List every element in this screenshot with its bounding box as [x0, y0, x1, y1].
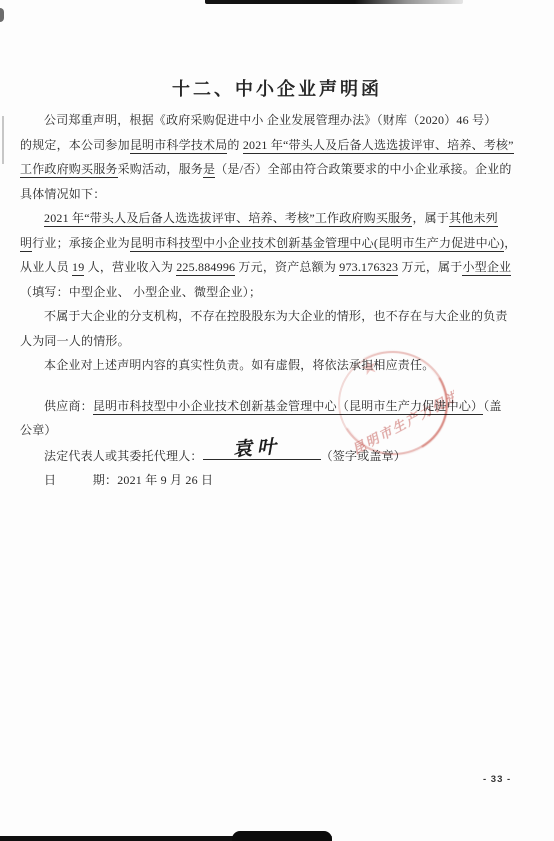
- text-segment: 本企业对上述声明内容的真实性负责。如有虚假，将依法承担相应责任。: [44, 358, 434, 372]
- text-line: 不属于大企业的分支机构，不存在控股股东为大企业的情形，也不存在与大企业的负责: [20, 304, 534, 329]
- text-segment: 具体情况如下：: [20, 187, 105, 201]
- scan-artifact-left-mark: [0, 8, 4, 22]
- text-line: 日 期：2021 年 9 月 26 日: [20, 468, 534, 493]
- text-line: （填写：中型企业、 小型企业、微型企业）；: [20, 280, 534, 305]
- text-line: 人为同一人的情形。: [20, 329, 534, 354]
- text-line: 从业人员 19 人，营业收入为 225.884996 万元，资产总额为 973.…: [20, 255, 534, 280]
- text-line: 具体情况如下：: [20, 182, 534, 207]
- scan-artifact-bottom-bulge: [232, 831, 332, 841]
- text-line: 的规定，本公司参加昆明市科学技术局的 2021 年“带头人及后备人选选拔评审、培…: [20, 133, 534, 158]
- text-segment: 公司郑重声明，根据《政府采购促进中小 企业发展管理办法》（财库（2020）46 …: [44, 113, 496, 127]
- text-segment: 从业人员: [20, 260, 72, 274]
- text-segment: ，: [504, 236, 516, 250]
- underlined-text: 小型企业: [462, 260, 511, 276]
- underlined-text: 昆明市科学技术局: [130, 138, 228, 154]
- underlined-text: 2021 年“带头人及后备人选选拔评审、培养、考核”: [243, 138, 514, 154]
- text-segment: 不属于大企业的分支机构，不存在控股股东为大企业的情形，也不存在与大企业的负责: [44, 309, 508, 323]
- text-segment: 日 期：2021 年 9 月 26 日: [44, 473, 213, 487]
- text-segment: 的: [227, 138, 242, 152]
- text-line: 供应商：昆明市科技型中小企业技术创新基金管理中心（昆明市生产力促进中心）（盖: [20, 394, 534, 419]
- text-segment: 的规定，本公司参加: [20, 138, 130, 152]
- text-line: 本企业对上述声明内容的真实性负责。如有虚假，将依法承担相应责任。: [20, 353, 534, 378]
- underlined-text: 225.884996: [176, 260, 235, 276]
- text-segment: ，属于: [412, 211, 449, 225]
- text-line: 2021 年“带头人及后备人选选拔评审、培养、考核”工作政府购买服务，属于其他未…: [20, 206, 534, 231]
- scan-artifact-left-line: [2, 116, 4, 164]
- paragraph-gap: [20, 378, 534, 394]
- signature-blank-line: 袁叶: [203, 443, 321, 460]
- text-segment: （签字或盖章）: [321, 449, 406, 463]
- underlined-text: 昆明市科技型中小企业技术创新基金管理中心（昆明市生产力促进中心）: [93, 399, 483, 415]
- text-segment: 人为同一人的情形。: [20, 334, 130, 348]
- underlined-text: 973.176323: [339, 260, 398, 276]
- text-segment: 采购活动，服务: [118, 162, 203, 176]
- underlined-text: 19: [72, 260, 84, 276]
- text-segment: （盖: [483, 399, 501, 413]
- underlined-text: 明: [20, 236, 32, 252]
- text-segment: 供应商：: [44, 399, 93, 413]
- text-line: 公司郑重声明，根据《政府采购促进中小 企业发展管理办法》（财库（2020）46 …: [20, 108, 534, 133]
- underlined-text: 工作政府购买服务: [20, 162, 118, 178]
- text-segment: 万元，资产总额为: [235, 260, 339, 274]
- text-segment: 万元，属于: [398, 260, 462, 274]
- text-segment: 公章）: [20, 423, 57, 437]
- underlined-text: 其他未列: [449, 211, 498, 227]
- underlined-text: 2021 年“带头人及后备人选选拔评审、培养、考核”工作政府购买服务: [44, 211, 412, 227]
- text-segment: 法定代表人或其委托代理人：: [44, 449, 203, 463]
- underlined-text: 昆明市科技型中小企业技术创新基金管理中心(昆明市生产力促进中心): [130, 236, 504, 252]
- document-page: 十二、中小企业声明函 公司郑重声明，根据《政府采购促进中小 企业发展管理办法》（…: [0, 0, 554, 841]
- underlined-text: 是: [203, 162, 215, 178]
- text-segment: （是/否）全部由符合政策要求的中小企业承接。企业的: [215, 162, 511, 176]
- text-segment: （填写：中型企业、 小型企业、微型企业）；: [20, 285, 261, 299]
- scan-artifact-top-strip: [205, 0, 463, 4]
- text-line: 明行业；承接企业为昆明市科技型中小企业技术创新基金管理中心(昆明市生产力促进中心…: [20, 231, 534, 256]
- document-body: 公司郑重声明，根据《政府采购促进中小 企业发展管理办法》（财库（2020）46 …: [20, 108, 534, 493]
- text-line: 法定代表人或其委托代理人：袁叶（签字或盖章）: [20, 443, 534, 469]
- text-line: 工作政府购买服务采购活动，服务是（是/否）全部由符合政策要求的中小企业承接。企业…: [20, 157, 534, 182]
- doc-title: 十二、中小企业声明函: [0, 75, 554, 101]
- text-segment: 行业；承接企业为: [32, 236, 130, 250]
- signature-handwriting: 袁叶: [208, 435, 282, 464]
- page-number: - 33 -: [483, 774, 511, 785]
- text-segment: 人，营业收入为: [84, 260, 176, 274]
